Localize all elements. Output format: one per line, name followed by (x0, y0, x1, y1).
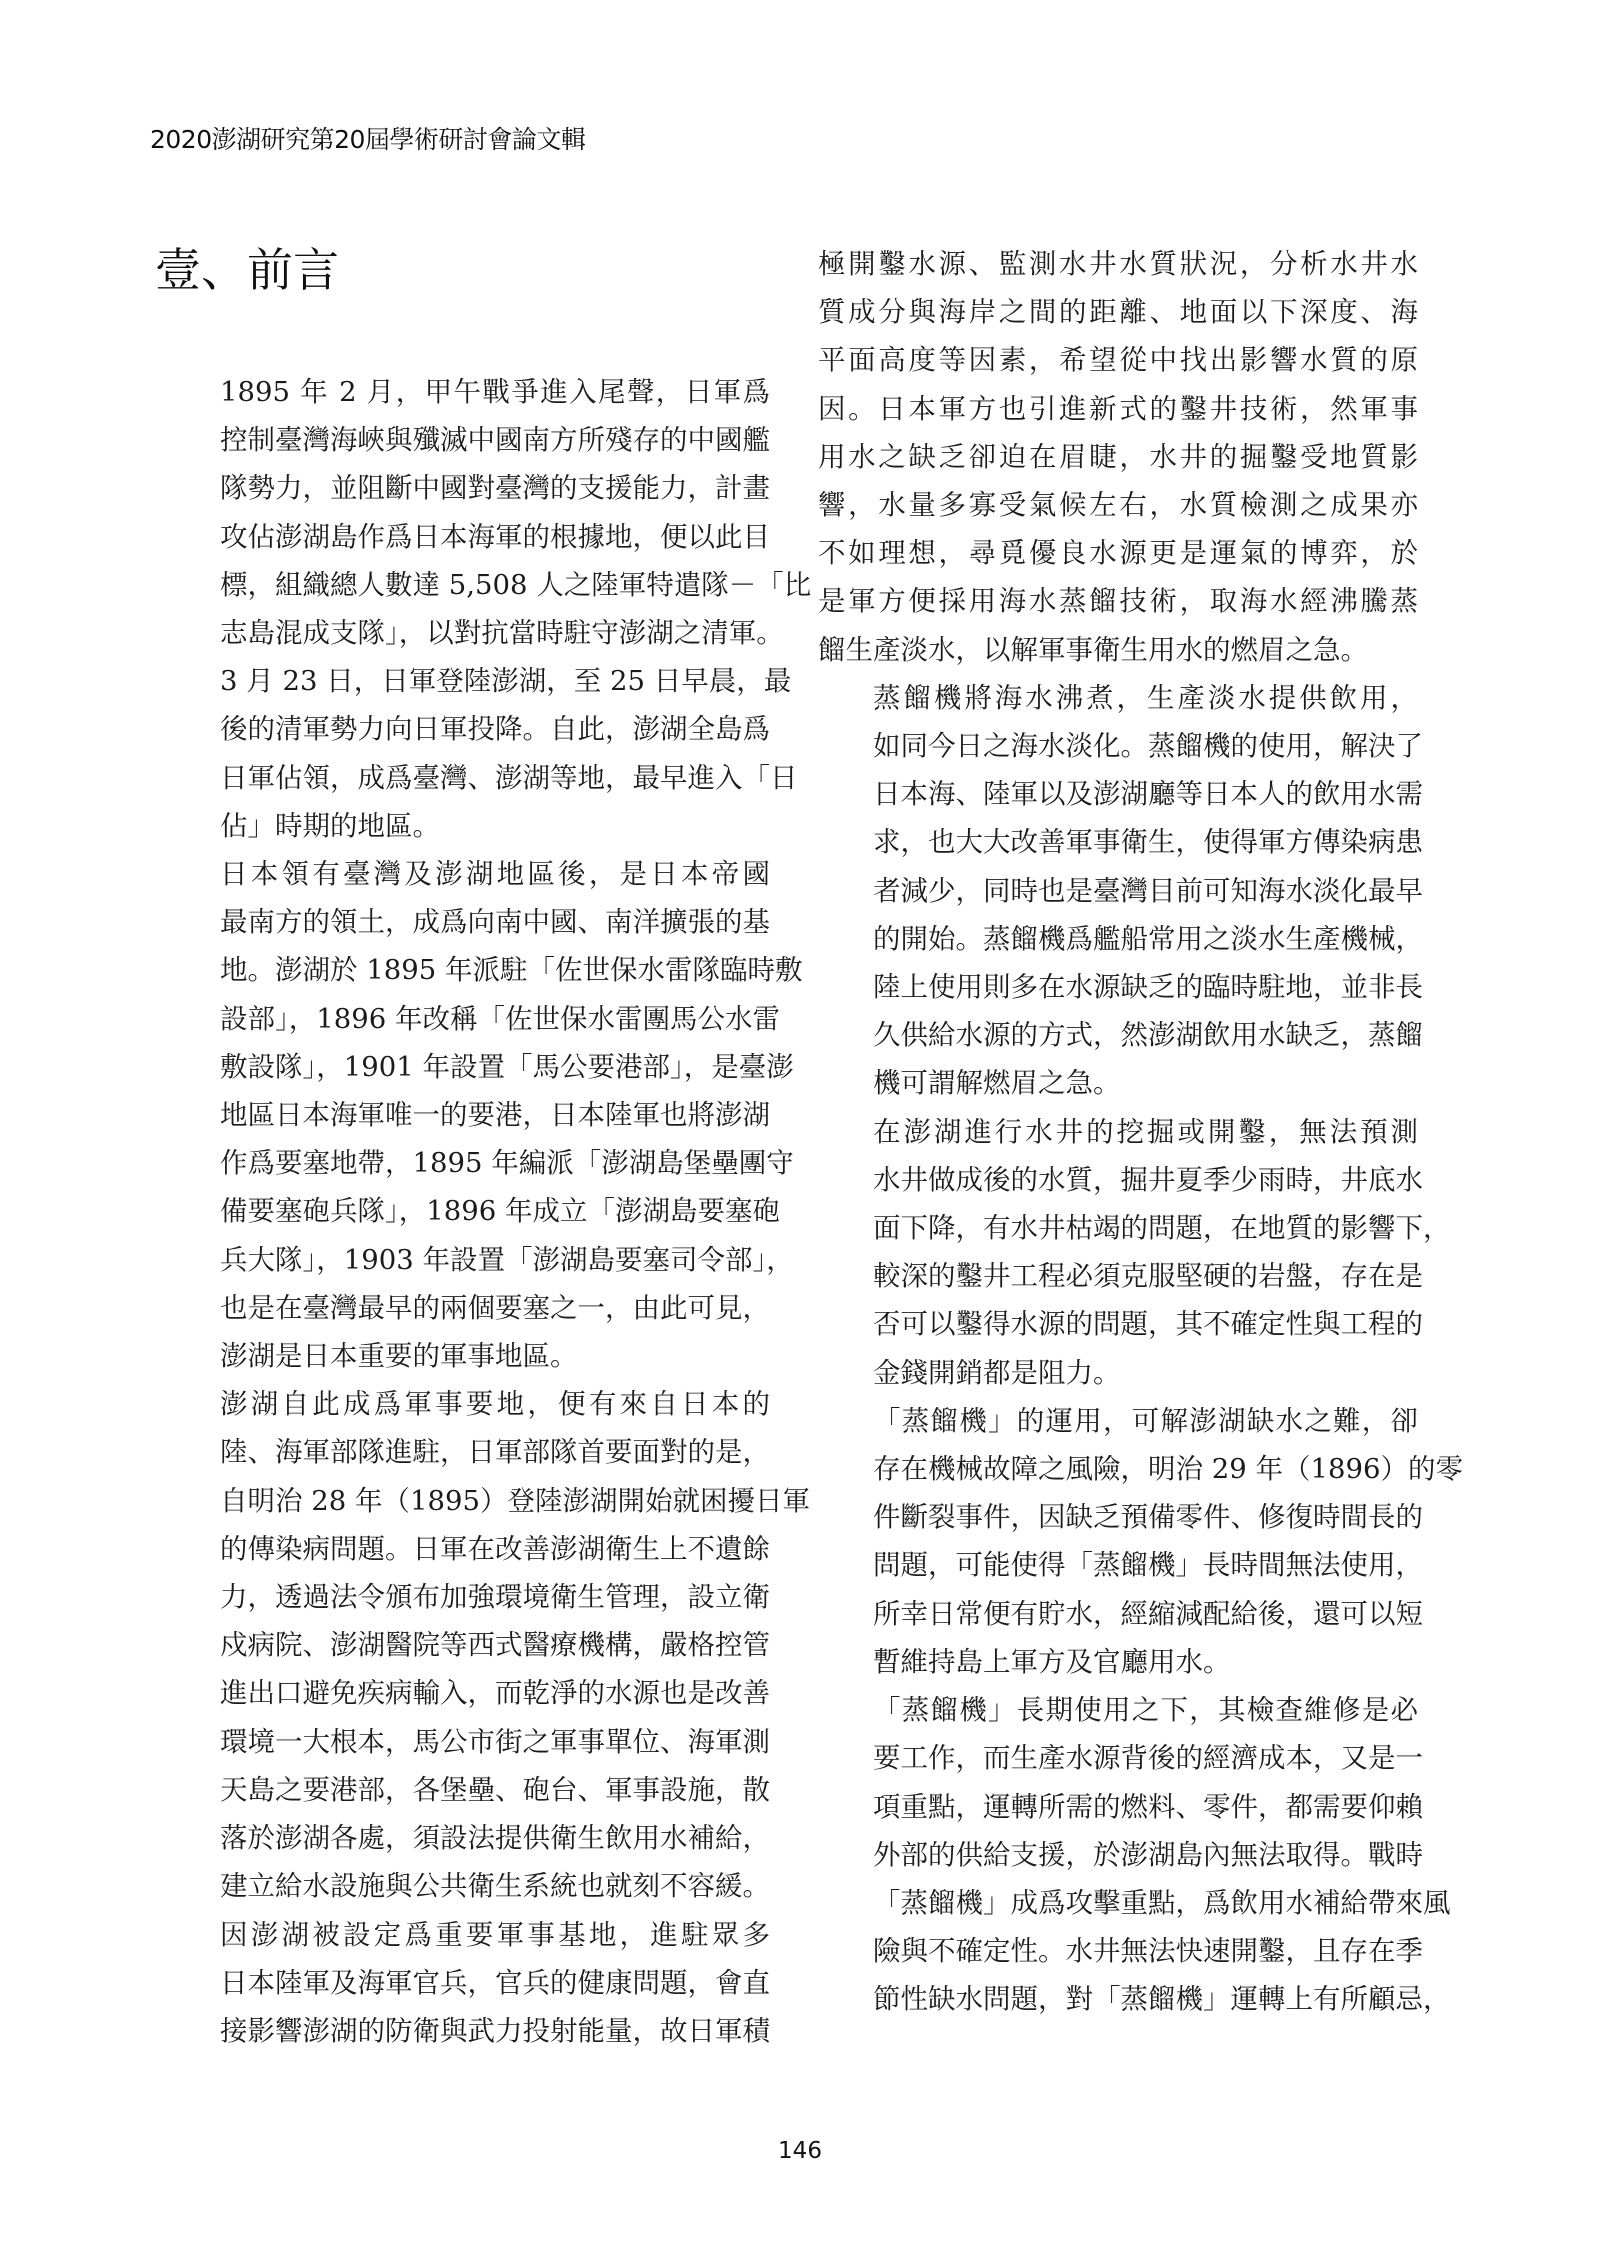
text-line: 者減少，同時也是臺灣目前可知海水淡化最早 (818, 867, 1418, 915)
body-paragraph: 因澎湖被設定爲重要軍事基地，進駐眾多日本陸軍及海軍官兵，官兵的健康問題，會直接影… (165, 1911, 770, 2056)
text-line: 作爲要塞地帶，1895 年編派「澎湖島堡壘團守 (165, 1139, 770, 1187)
text-line: 環境一大根本，馬公市街之軍事單位、海軍測 (165, 1718, 770, 1766)
text-line: 隊勢力，並阻斷中國對臺灣的支援能力，計畫 (165, 464, 770, 512)
section-title: 壹、前言 (155, 240, 770, 300)
text-line: 3 月 23 日，日軍登陸澎湖，至 25 日早晨，最 (165, 657, 770, 705)
text-line: 求，也大大改善軍事衛生，使得軍方傳染病患 (818, 818, 1418, 866)
body-paragraph: 「蒸餾機」長期使用之下，其檢查維修是必要工作，而生產水源背後的經濟成本，又是一項… (818, 1686, 1418, 2023)
text-line: 水井做成後的水質，掘井夏季少雨時，井底水 (818, 1156, 1418, 1204)
text-line: 也是在臺灣最早的兩個要塞之一，由此可見， (165, 1284, 770, 1332)
body-paragraph: 在澎湖進行水井的挖掘或開鑿，無法預測水井做成後的水質，掘井夏季少雨時，井底水面下… (818, 1108, 1418, 1397)
text-line: 接影響澎湖的防衛與武力投射能量，故日軍積 (165, 2007, 770, 2055)
text-line: 較深的鑿井工程必須克服堅硬的岩盤，存在是 (818, 1252, 1418, 1300)
body-paragraph: 「蒸餾機」的運用，可解澎湖缺水之難，卻存在機械故障之風險，明治 29 年（189… (818, 1397, 1418, 1686)
text-line: 澎湖是日本重要的軍事地區。 (165, 1332, 770, 1380)
text-line: 暫維持島上軍方及官廳用水。 (818, 1638, 1418, 1686)
text-line: 的傳染病問題。日軍在改善澎湖衛生上不遺餘 (165, 1525, 770, 1573)
text-line: 備要塞砲兵隊」，1896 年成立「澎湖島要塞砲 (165, 1187, 770, 1235)
text-line: 如同今日之海水淡化。蒸餾機的使用，解決了 (818, 722, 1418, 770)
text-line: 「蒸餾機」的運用，可解澎湖缺水之難，卻 (818, 1397, 1418, 1445)
text-line: 否可以鑿得水源的問題，其不確定性與工程的 (818, 1300, 1418, 1348)
text-line: 「蒸餾機」長期使用之下，其檢查維修是必 (818, 1686, 1418, 1734)
text-line: 控制臺灣海峽與殲滅中國南方所殘存的中國艦 (165, 416, 770, 464)
text-line: 因。日本軍方也引進新式的鑿井技術，然軍事 (818, 385, 1418, 433)
text-line: 面下降，有水井枯竭的問題，在地質的影響下， (818, 1204, 1418, 1252)
text-line: 機可謂解燃眉之急。 (818, 1059, 1418, 1107)
text-line: 1895 年 2 月，甲午戰爭進入尾聲，日軍爲 (165, 368, 770, 416)
text-line: 金錢開銷都是阻力。 (818, 1349, 1418, 1397)
text-line: 極開鑿水源、監測水井水質狀況，分析水井水 (818, 240, 1418, 288)
text-line: 因澎湖被設定爲重要軍事基地，進駐眾多 (165, 1911, 770, 1959)
body-paragraph: 極開鑿水源、監測水井水質狀況，分析水井水質成分與海岸之間的距離、地面以下深度、海… (818, 240, 1418, 674)
text-line: 險與不確定性。水井無法快速開鑿，且存在季 (818, 1927, 1418, 1975)
body-paragraph: 澎湖自此成爲軍事要地，便有來自日本的陸、海軍部隊進駐，日軍部隊首要面對的是，自明… (165, 1380, 770, 1910)
right-column: 極開鑿水源、監測水井水質狀況，分析水井水質成分與海岸之間的距離、地面以下深度、海… (818, 240, 1418, 2024)
body-paragraph: 日本領有臺灣及澎湖地區後，是日本帝國最南方的領土，成爲向南中國、南洋擴張的基地。… (165, 850, 770, 1380)
text-line: 存在機械故障之風險，明治 29 年（1896）的零 (818, 1445, 1418, 1493)
text-line: 進出口避免疾病輸入，而乾淨的水源也是改善 (165, 1669, 770, 1717)
left-column: 壹、前言 1895 年 2 月，甲午戰爭進入尾聲，日軍爲控制臺灣海峽與殲滅中國南… (165, 240, 770, 2055)
text-line: 在澎湖進行水井的挖掘或開鑿，無法預測 (818, 1108, 1418, 1156)
text-line: 件斷裂事件，因缺乏預備零件、修復時間長的 (818, 1493, 1418, 1541)
text-line: 地區日本海軍唯一的要港，日本陸軍也將澎湖 (165, 1091, 770, 1139)
text-line: 設部」，1896 年改稱「佐世保水雷團馬公水雷 (165, 995, 770, 1043)
text-line: 地。澎湖於 1895 年派駐「佐世保水雷隊臨時敷 (165, 946, 770, 994)
text-line: 日本領有臺灣及澎湖地區後，是日本帝國 (165, 850, 770, 898)
text-line: 標，組織總人數達 5,508 人之陸軍特遣隊－「比 (165, 561, 770, 609)
text-line: 問題，可能使得「蒸餾機」長時間無法使用， (818, 1541, 1418, 1589)
page-number: 146 (0, 2138, 1600, 2164)
text-line: 的開始。蒸餾機爲艦船常用之淡水生產機械， (818, 915, 1418, 963)
left-paragraphs: 1895 年 2 月，甲午戰爭進入尾聲，日軍爲控制臺灣海峽與殲滅中國南方所殘存的… (165, 368, 770, 2055)
text-line: 陸、海軍部隊進駐，日軍部隊首要面對的是， (165, 1428, 770, 1476)
right-paragraphs: 極開鑿水源、監測水井水質狀況，分析水井水質成分與海岸之間的距離、地面以下深度、海… (818, 240, 1418, 2024)
text-line: 力，透過法令頒布加強環境衛生管理，設立衛 (165, 1573, 770, 1621)
text-line: 不如理想，尋覓優良水源更是運氣的博弈，於 (818, 529, 1418, 577)
text-line: 平面高度等因素，希望從中找出影響水質的原 (818, 336, 1418, 384)
text-line: 節性缺水問題，對「蒸餾機」運轉上有所顧忌， (818, 1975, 1418, 2023)
text-line: 攻佔澎湖島作爲日本海軍的根據地，便以此目 (165, 513, 770, 561)
body-paragraph: 蒸餾機將海水沸煮，生產淡水提供飲用，如同今日之海水淡化。蒸餾機的使用，解決了日本… (818, 674, 1418, 1108)
text-line: 戍病院、澎湖醫院等西式醫療機構，嚴格控管 (165, 1621, 770, 1669)
text-line: 建立給水設施與公共衛生系統也就刻不容緩。 (165, 1862, 770, 1910)
text-line: 後的清軍勢力向日軍投降。自此，澎湖全島爲 (165, 705, 770, 753)
text-line: 項重點，運轉所需的燃料、零件，都需要仰賴 (818, 1783, 1418, 1831)
text-line: 餾生產淡水，以解軍事衛生用水的燃眉之急。 (818, 626, 1418, 674)
running-header: 2020澎湖研究第20屆學術研討會論文輯 (150, 120, 585, 156)
text-line: 陸上使用則多在水源缺乏的臨時駐地，並非長 (818, 963, 1418, 1011)
text-line: 質成分與海岸之間的距離、地面以下深度、海 (818, 288, 1418, 336)
text-line: 敷設隊」，1901 年設置「馬公要港部」，是臺澎 (165, 1043, 770, 1091)
text-line: 蒸餾機將海水沸煮，生產淡水提供飲用， (818, 674, 1418, 722)
text-line: 澎湖自此成爲軍事要地，便有來自日本的 (165, 1380, 770, 1428)
text-line: 最南方的領土，成爲向南中國、南洋擴張的基 (165, 898, 770, 946)
text-line: 是軍方便採用海水蒸餾技術，取海水經沸騰蒸 (818, 577, 1418, 625)
text-line: 落於澎湖各處，須設法提供衛生飲用水補給， (165, 1814, 770, 1862)
text-line: 所幸日常便有貯水，經縮減配給後，還可以短 (818, 1590, 1418, 1638)
text-line: 「蒸餾機」成爲攻擊重點，爲飲用水補給帶來風 (818, 1879, 1418, 1927)
text-line: 用水之缺乏卻迫在眉睫，水井的掘鑿受地質影 (818, 433, 1418, 481)
text-line: 自明治 28 年（1895）登陸澎湖開始就困擾日軍 (165, 1477, 770, 1525)
text-line: 外部的供給支援，於澎湖島內無法取得。戰時 (818, 1831, 1418, 1879)
text-line: 日本海、陸軍以及澎湖廳等日本人的飲用水需 (818, 770, 1418, 818)
text-line: 佔」時期的地區。 (165, 802, 770, 850)
text-line: 天島之要港部，各堡壘、砲台、軍事設施，散 (165, 1766, 770, 1814)
text-line: 要工作，而生產水源背後的經濟成本，又是一 (818, 1734, 1418, 1782)
text-line: 志島混成支隊」，以對抗當時駐守澎湖之清軍。 (165, 609, 770, 657)
text-line: 日軍佔領，成爲臺灣、澎湖等地，最早進入「日 (165, 754, 770, 802)
text-line: 久供給水源的方式，然澎湖飲用水缺乏，蒸餾 (818, 1011, 1418, 1059)
text-line: 響，水量多寡受氣候左右，水質檢測之成果亦 (818, 481, 1418, 529)
text-line: 日本陸軍及海軍官兵，官兵的健康問題，會直 (165, 1959, 770, 2007)
text-line: 兵大隊」，1903 年設置「澎湖島要塞司令部」， (165, 1236, 770, 1284)
body-paragraph: 1895 年 2 月，甲午戰爭進入尾聲，日軍爲控制臺灣海峽與殲滅中國南方所殘存的… (165, 368, 770, 850)
